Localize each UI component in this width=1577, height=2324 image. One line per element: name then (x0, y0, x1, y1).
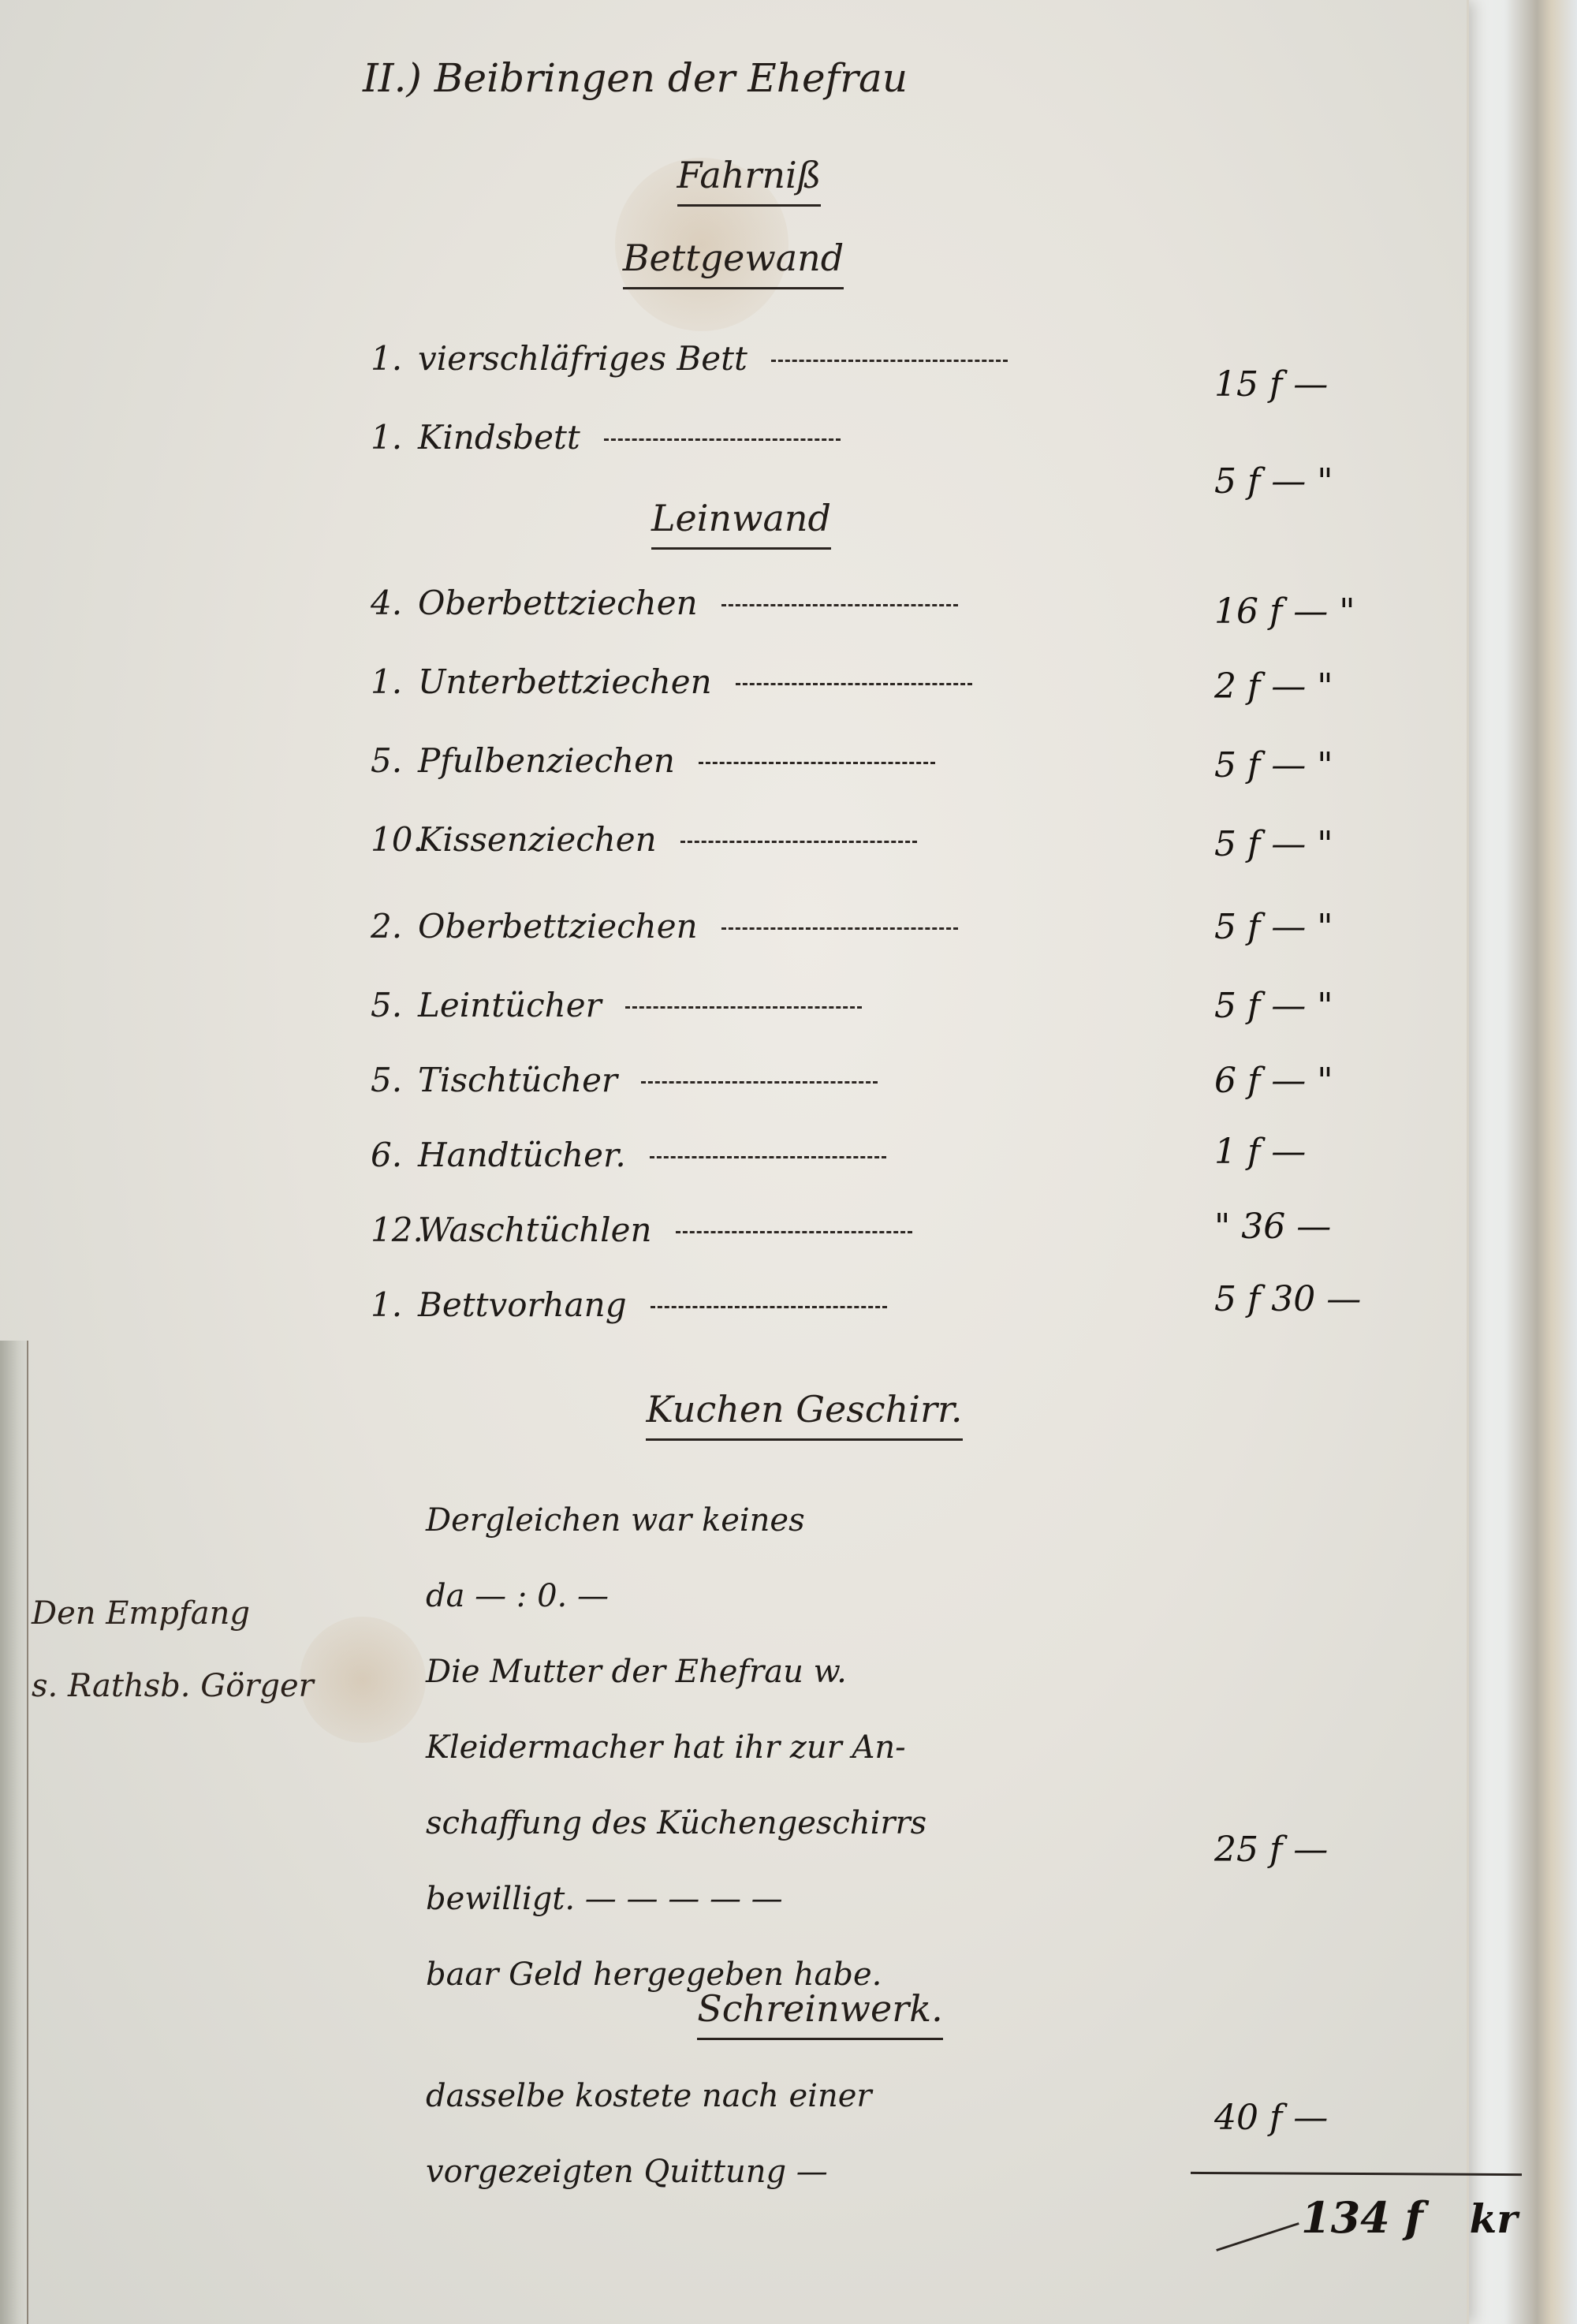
filler-dashes (771, 360, 1008, 362)
item-amount: 5 f — " (1214, 461, 1451, 502)
item-amount: 6 f — " (1214, 1061, 1451, 1101)
margin-note: Den Empfang s. Rathsb. Görger (32, 1577, 410, 1722)
text-line: schaffung des Küchengeschirrs (426, 1785, 1199, 1861)
list-item: 5. Leintücher (371, 986, 1159, 1024)
item-qty: 6. (371, 1136, 418, 1174)
margin-note-line: Den Empfang (32, 1577, 410, 1650)
list-item: 10. Kissenziechen (371, 820, 1159, 859)
item-label: Unterbettziechen (418, 662, 712, 701)
text-line: Dergleichen war keines (426, 1483, 1199, 1558)
group-title: Kuchen Geschirr. (646, 1388, 962, 1441)
filler-dashes (625, 1006, 862, 1009)
filler-dashes (721, 604, 958, 606)
list-item: 2. Oberbettziechen (371, 907, 1159, 946)
item-qty: 1. (371, 339, 418, 378)
total-suffix: kr (1470, 2195, 1518, 2242)
item-amount: 5 f 30 — (1214, 1279, 1451, 1319)
section-heading: II.) Beibringen der Ehefrau (363, 55, 1072, 101)
text-line: vorgezeigten Quittung — (426, 2134, 1199, 2210)
text-line: bewilligt. — — — — — (426, 1861, 1199, 1937)
item-amount: 5 f — " (1214, 745, 1451, 785)
margin-note-line: s. Rathsb. Görger (32, 1650, 410, 1722)
list-item: 1. vierschläfriges Bett (371, 339, 1159, 378)
item-qty: 5. (371, 741, 418, 780)
list-item: 1. Unterbettziechen (371, 662, 1159, 701)
filler-dashes (699, 762, 935, 764)
filler-dashes (736, 683, 972, 685)
total-value: 134 f (1301, 2192, 1423, 2243)
group-heading-kuchen-geschirr: Kuchen Geschirr. (599, 1388, 1009, 1431)
group-title: Schreinwerk. (697, 1987, 943, 2040)
schreinwerk-text: dasselbe kostete nach einer vorgezeigten… (426, 2058, 1199, 2210)
kuchen-geschirr-text: Dergleichen war keines da — : 0. — Die M… (426, 1483, 1199, 2013)
total-flourish (1216, 2222, 1299, 2251)
item-qty: 1. (371, 662, 418, 701)
filler-dashes (650, 1156, 886, 1158)
filler-dashes (651, 1306, 887, 1308)
item-amount: 5 f — " (1214, 986, 1451, 1026)
item-qty: 5. (371, 1061, 418, 1099)
text-line: Kleidermacher hat ihr zur An- (426, 1710, 1199, 1785)
item-amount: 40 f — (1214, 2098, 1451, 2138)
item-amount: 5 f — " (1214, 907, 1451, 947)
group-heading-schreinwerk: Schreinwerk. (662, 1987, 978, 2030)
filler-dashes (641, 1081, 878, 1084)
item-qty: 1. (371, 418, 418, 457)
list-item: 1. Kindsbett (371, 418, 1159, 457)
group-heading-bettgewand: Bettgewand (552, 237, 915, 279)
filler-dashes (676, 1231, 912, 1233)
item-amount: " 36 — (1214, 1207, 1451, 1247)
filler-dashes (604, 438, 841, 441)
list-item: 4. Oberbettziechen (371, 584, 1159, 622)
item-label: Kindsbett (418, 418, 580, 457)
item-label: Pfulbenziechen (418, 741, 675, 780)
text-line: dasselbe kostete nach einer (426, 2058, 1199, 2134)
item-amount: 25 f — (1214, 1830, 1451, 1870)
text-line: da — : 0. — (426, 1558, 1199, 1634)
item-amount: 16 f — " (1214, 591, 1451, 632)
item-label: Handtücher. (418, 1136, 626, 1174)
item-qty: 12. (371, 1210, 418, 1249)
filler-dashes (721, 927, 958, 930)
list-item: 1. Bettvorhang (371, 1285, 1159, 1324)
manuscript-page: II.) Beibringen der Ehefrau Fahrniß Bett… (0, 0, 1469, 2324)
category-heading-text: Fahrniß (677, 154, 822, 207)
category-heading: Fahrniß (599, 154, 899, 196)
list-item: 5. Tischtücher (371, 1061, 1159, 1099)
item-label: Leintücher (418, 986, 602, 1024)
total-amount: 134 f kr (1301, 2192, 1538, 2243)
item-label: Waschtüchlen (418, 1210, 652, 1249)
item-qty: 2. (371, 907, 418, 946)
item-label: Kissenziechen (418, 820, 657, 859)
item-qty: 10. (371, 820, 418, 859)
book-spine (0, 1341, 28, 2324)
item-amount: 1 f — (1214, 1132, 1451, 1172)
item-amount: 5 f — " (1214, 824, 1451, 864)
item-amount: 2 f — " (1214, 666, 1451, 707)
item-label: Tischtücher (418, 1061, 617, 1099)
item-label: Oberbettziechen (418, 584, 698, 622)
item-qty: 5. (371, 986, 418, 1024)
item-label: Bettvorhang (418, 1285, 627, 1324)
list-item: 5. Pfulbenziechen (371, 741, 1159, 780)
item-qty: 1. (371, 1285, 418, 1324)
group-heading-leinwand: Leinwand (599, 497, 883, 539)
item-qty: 4. (371, 584, 418, 622)
group-title: Bettgewand (623, 237, 844, 289)
list-item: 12. Waschtüchlen (371, 1210, 1159, 1249)
filler-dashes (680, 841, 917, 843)
item-label: vierschläfriges Bett (418, 339, 747, 378)
text-line: Die Mutter der Ehefrau w. (426, 1634, 1199, 1710)
item-amount: 15 f — (1214, 364, 1451, 405)
group-title: Leinwand (651, 497, 831, 550)
list-item: 6. Handtücher. (371, 1136, 1159, 1174)
item-label: Oberbettziechen (418, 907, 698, 946)
